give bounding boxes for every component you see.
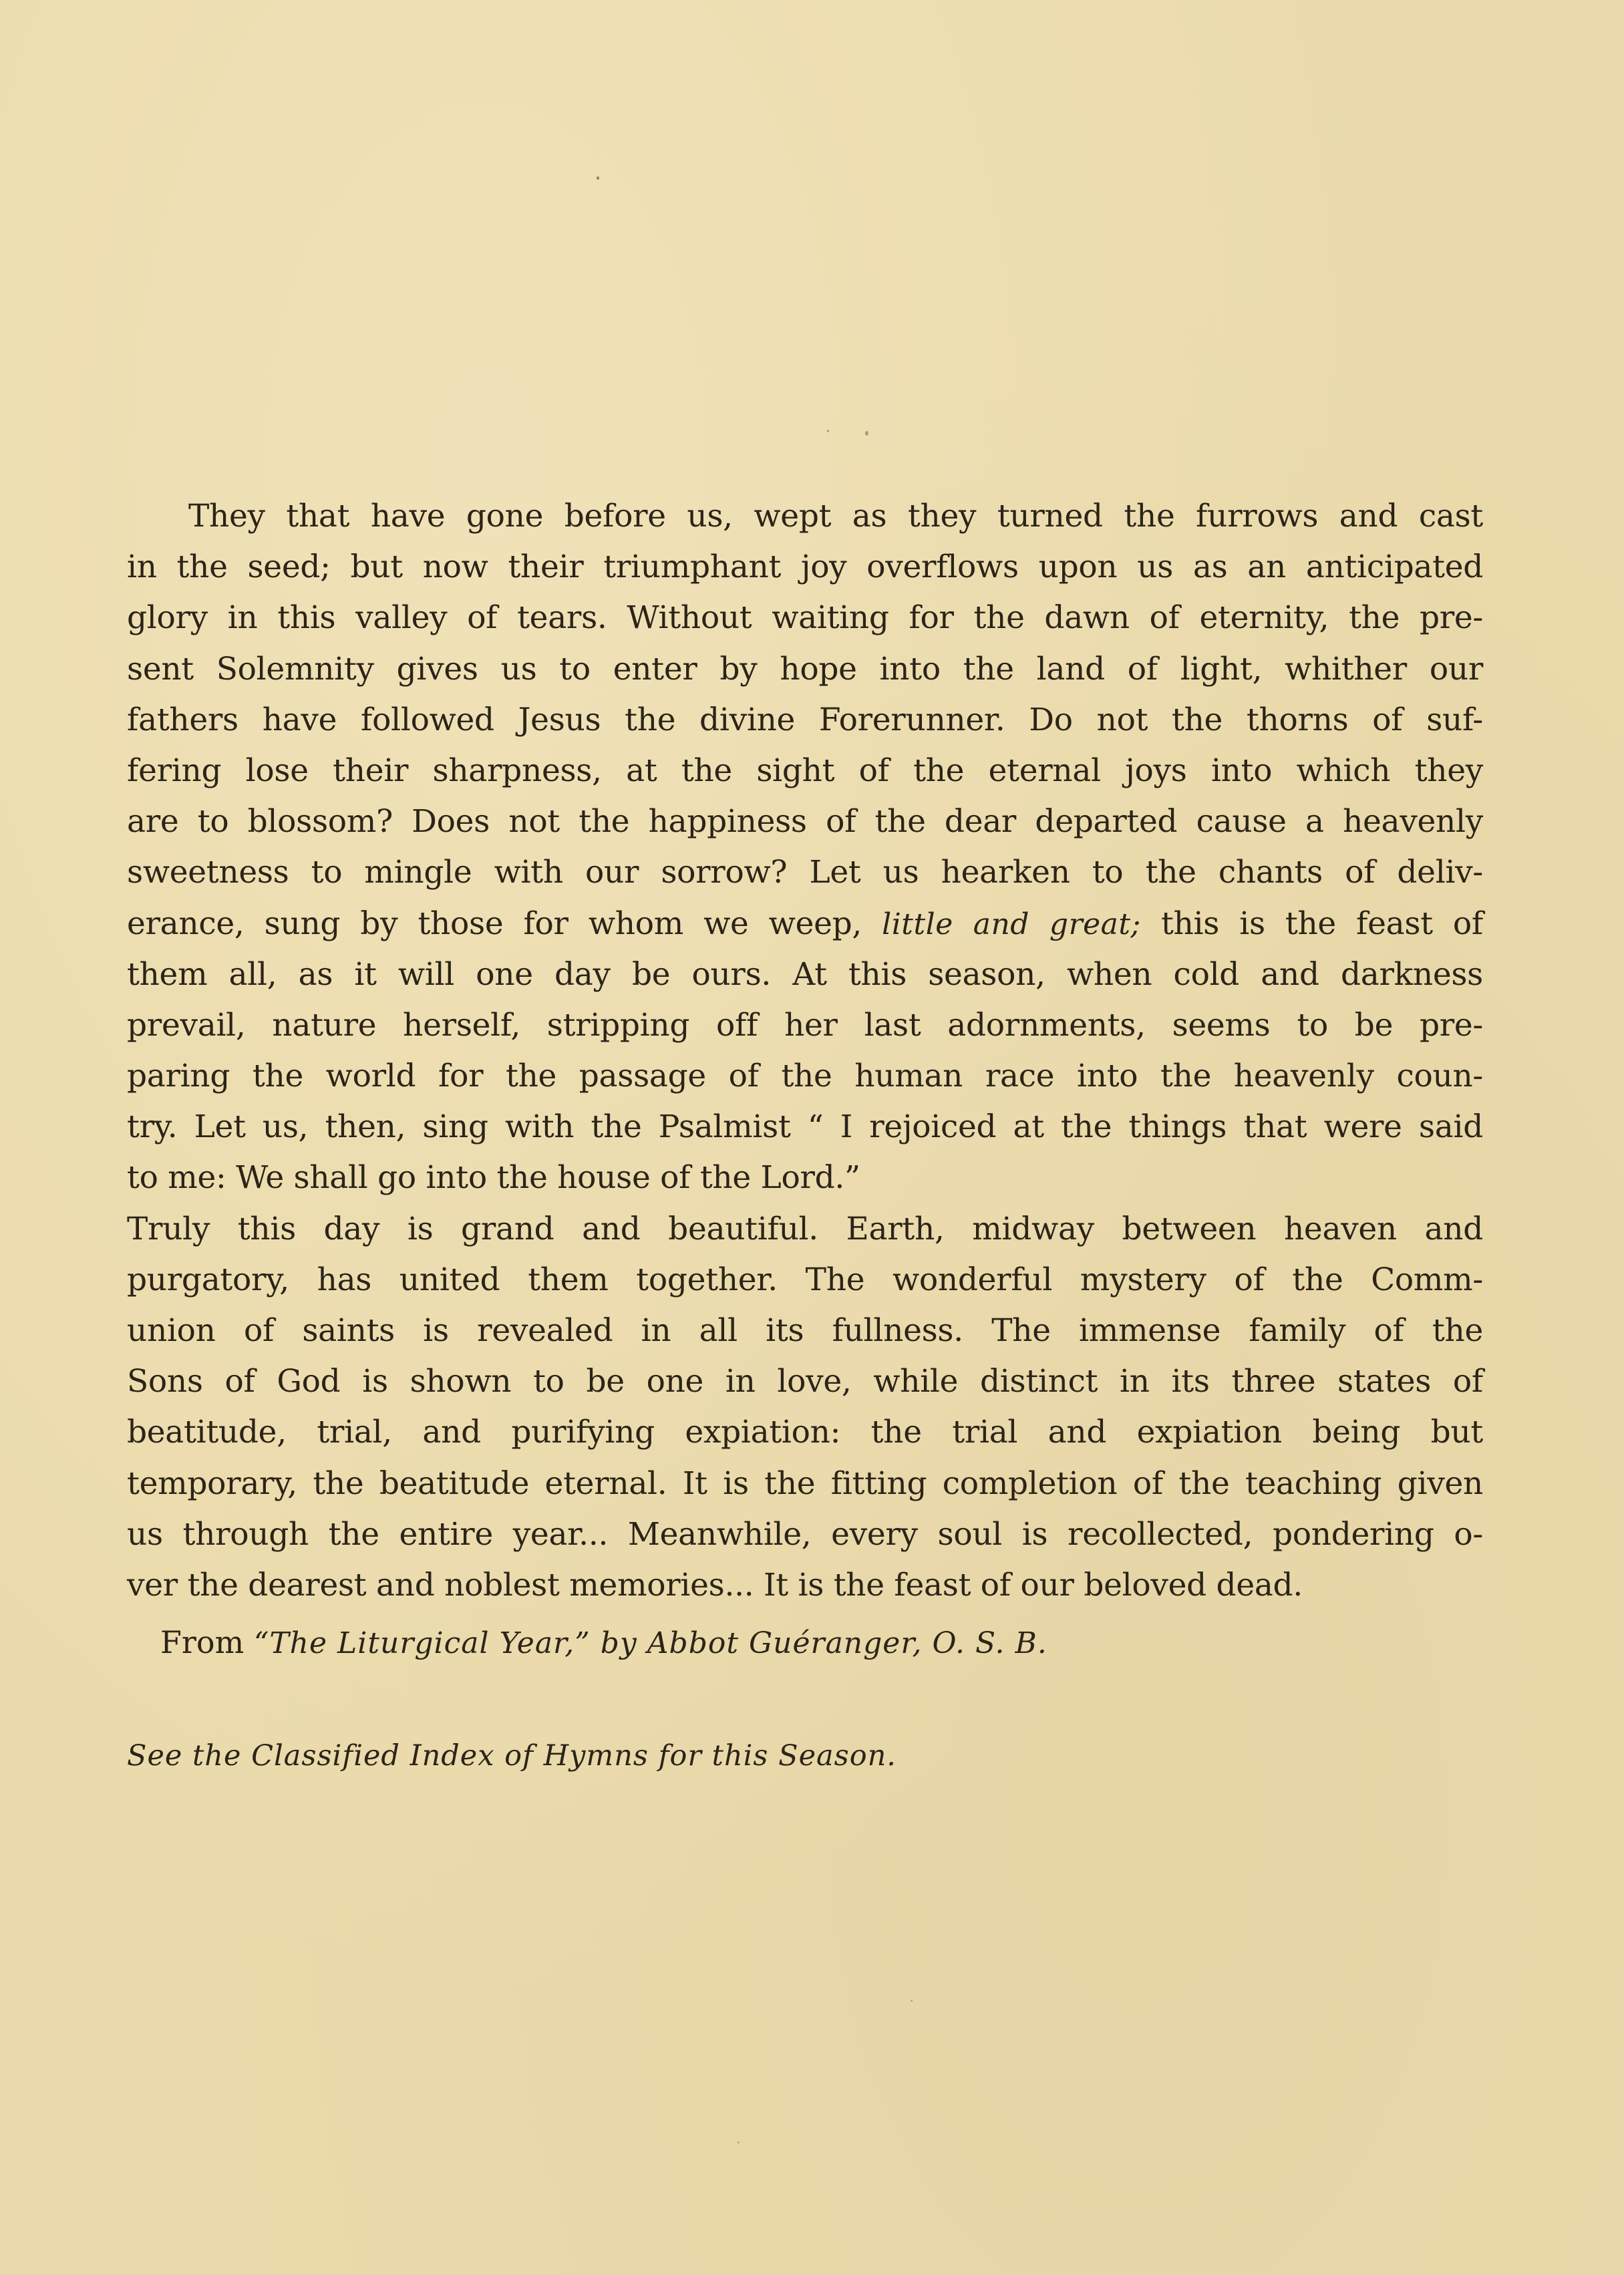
attribution-prefix: From (160, 1624, 254, 1660)
work-title: “The Liturgical Year,” (254, 1626, 591, 1660)
passage-line: us through the entire year... Meanwhile,… (127, 1509, 1483, 1560)
passage-line: union of saints is revealed in all its f… (127, 1306, 1483, 1356)
passage-line: try. Let us, then, sing with the Psalmis… (127, 1102, 1483, 1153)
passage-line: erance, sung by those for whom we weep, … (127, 899, 1483, 949)
passage-line: fathers have followed Jesus the divine F… (127, 695, 1483, 746)
passage-line: to me: We shall go into the house of the… (127, 1153, 1483, 1203)
hymn-index-note: See the Classified Index of Hymns for th… (127, 1736, 897, 1776)
passage-line: sent Solemnity gives us to enter by hope… (127, 644, 1483, 695)
passage-line: purgatory, has united them together. The… (127, 1255, 1483, 1306)
passage-line: are to blossom? Does not the happiness o… (127, 796, 1483, 847)
passage-line: sweetness to mingle with our sorrow? Let… (127, 847, 1483, 898)
passage: They that have gone before us, wept as t… (127, 491, 1483, 1611)
passage-line: them all, as it will one day be ours. At… (127, 949, 1483, 1000)
passage-line: They that have gone before us, wept as t… (127, 491, 1483, 542)
passage-line: in the seed; but now their triumphant jo… (127, 542, 1483, 593)
passage-line: paring the world for the passage of the … (127, 1051, 1483, 1102)
passage-text: this is the feast of (1141, 905, 1483, 942)
paper-speck (597, 176, 599, 180)
passage-line: glory in this valley of tears. Without w… (127, 593, 1483, 643)
passage-line: fering lose their sharpness, at the sigh… (127, 746, 1483, 796)
book-page: They that have gone before us, wept as t… (0, 0, 1624, 2275)
paper-speck (865, 431, 868, 436)
passage-line: ver the dearest and noblest memories... … (127, 1560, 1483, 1611)
passage-text: erance, sung by those for whom we weep, (127, 905, 882, 942)
passage-line: prevail, nature herself, stripping off h… (127, 1000, 1483, 1051)
passage-line: Truly this day is grand and beautiful. E… (127, 1204, 1483, 1255)
paper-speck (827, 430, 829, 432)
source-attribution: From “The Liturgical Year,” by Abbot Gué… (160, 1619, 1047, 1667)
italic-phrase: little and great; (882, 907, 1141, 941)
passage-line: temporary, the beatitude eternal. It is … (127, 1459, 1483, 1509)
passage-line: Sons of God is shown to be one in love, … (127, 1356, 1483, 1407)
author-byline: by Abbot Guéranger, O. S. B. (591, 1626, 1047, 1660)
paper-speck (911, 2000, 913, 2002)
paper-speck (738, 2141, 740, 2143)
passage-line: beatitude, trial, and purifying expiatio… (127, 1407, 1483, 1458)
